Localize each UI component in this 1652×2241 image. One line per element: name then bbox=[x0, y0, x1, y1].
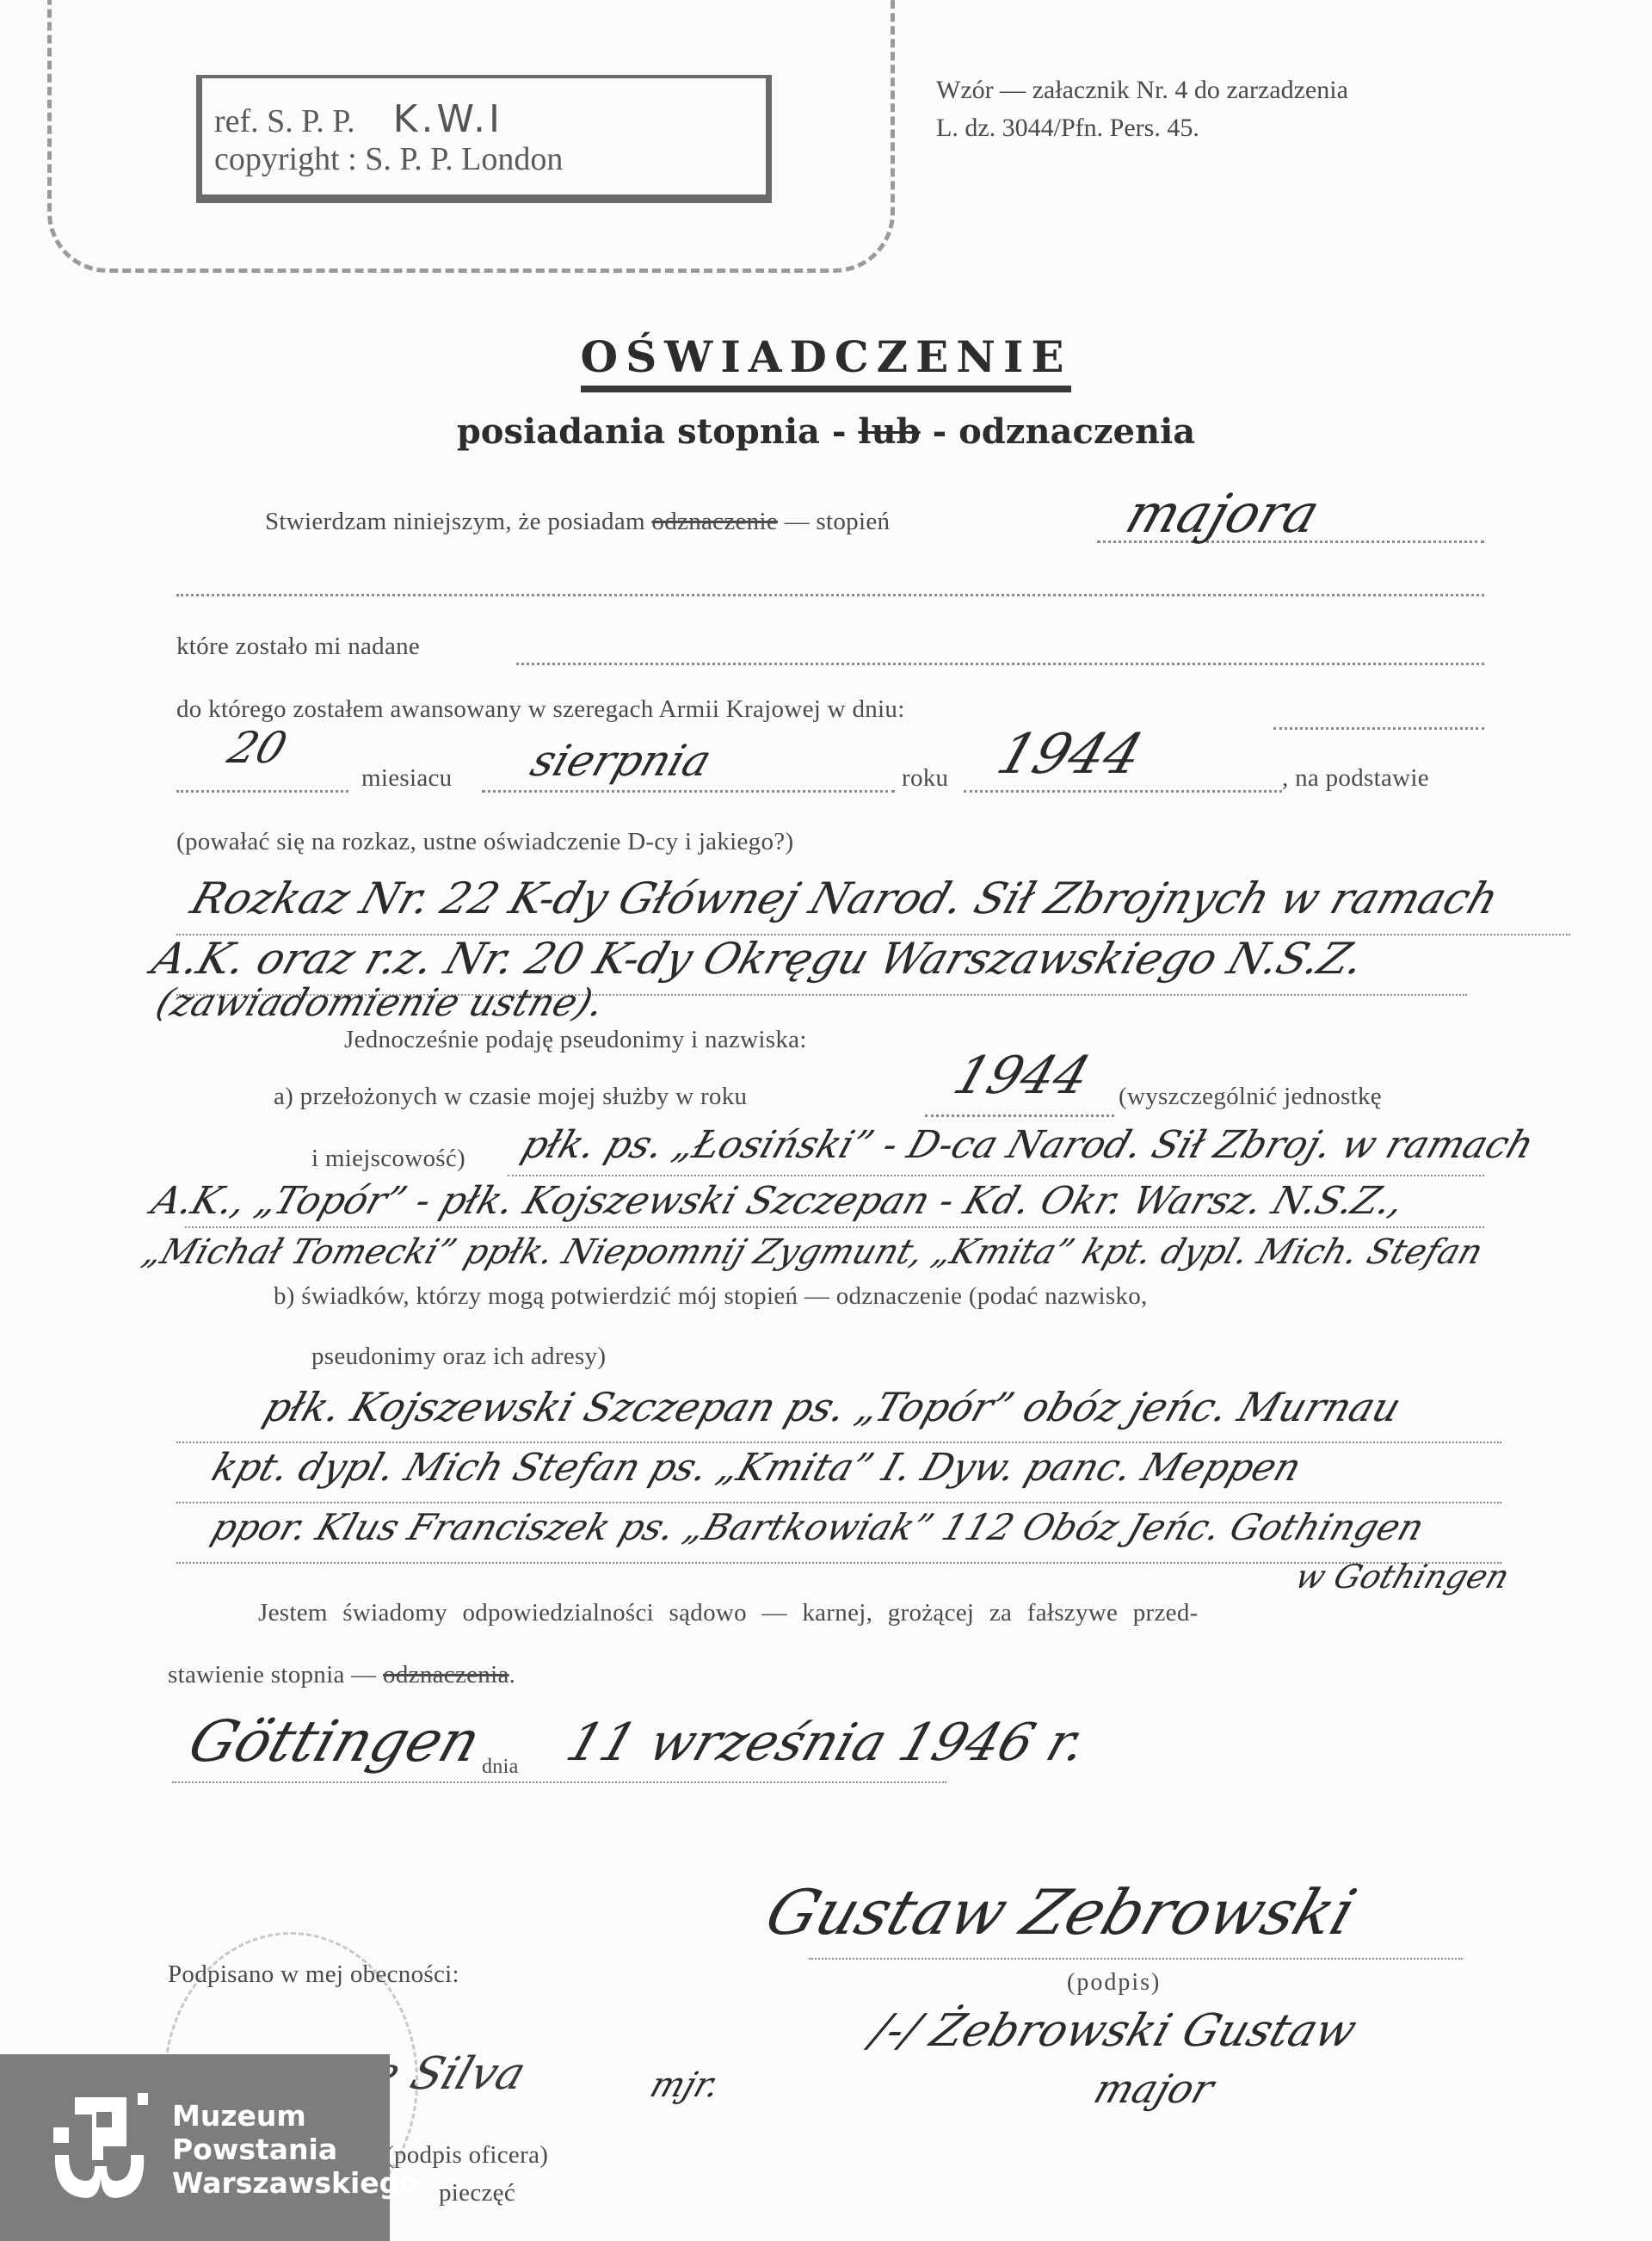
stamp-copyright: copyright : S. P. P. London bbox=[214, 140, 563, 178]
rank-handwritten: majora bbox=[1119, 482, 1328, 545]
basis-hint: (powałać się na rozkaz, ustne oświadczen… bbox=[176, 828, 793, 856]
place-handwritten: Göttingen bbox=[181, 1708, 489, 1775]
awarded-field-line bbox=[516, 663, 1484, 665]
basis-handwritten-line1: Rozkaz Nr. 22 K-dy Głównej Narod. Sił Zb… bbox=[185, 874, 1505, 923]
archive-stamp: ref. S. P. P.K.W.I copyright : S. P. P. … bbox=[196, 75, 772, 203]
subtitle-struck: lub bbox=[858, 411, 920, 452]
form-reference-line1: Wzór — załacznik Nr. 4 do zarzadzenia bbox=[936, 76, 1348, 105]
museum-name-line2: Powstania bbox=[172, 2133, 419, 2166]
witness-label: Podpisano w mej obecności: bbox=[168, 1960, 459, 1989]
declaration-prefix: Stwierdzam niniejszym, że posiadam bbox=[265, 508, 651, 535]
date-handwritten: 11 września 1946 r. bbox=[559, 1713, 1094, 1773]
witnesses-handwritten-line2: kpt. dypl. Mich Stefan ps. „Kmita” I. Dy… bbox=[206, 1446, 1307, 1490]
year-handwritten: 1944 bbox=[989, 723, 1150, 787]
dotted-line bbox=[185, 1226, 1484, 1228]
dnia-label: dnia bbox=[482, 1756, 519, 1779]
basis-handwritten-line3: (zawiadomienie ustne). bbox=[151, 981, 610, 1025]
stamp-ref-label: ref. S. P. P. bbox=[214, 103, 355, 139]
basis-handwritten-line2: A.K. oraz r.z. Nr. 20 K-dy Okręgu Warsza… bbox=[146, 934, 1371, 984]
signature-handwritten: Gustaw Zebrowski bbox=[757, 1876, 1365, 1948]
awarded-label: które zostało mi nadane bbox=[176, 633, 420, 661]
museum-name: Muzeum Powstania Warszawskiego bbox=[172, 2099, 419, 2200]
dotted-line bbox=[508, 1175, 1484, 1176]
form-reference-line2: L. dz. 3044/Pfn. Pers. 45. bbox=[936, 114, 1199, 143]
promotion-field-line bbox=[1273, 727, 1484, 730]
superiors-year-line bbox=[925, 1114, 1114, 1117]
year-field-line bbox=[964, 790, 1282, 793]
liability-prefix: stawienie stopnia — bbox=[168, 1661, 383, 1688]
museum-name-line1: Muzeum bbox=[172, 2099, 419, 2133]
liability-line2: stawienie stopnia — odznaczenia. bbox=[168, 1661, 515, 1689]
witnesses-handwritten-line4: w Gothingen bbox=[1291, 1558, 1514, 1596]
museum-watermark: Muzeum Powstania Warszawskiego bbox=[0, 2054, 390, 2241]
superiors-handwritten-line3: „Michał Tomecki” ppłk. Niepomnij Zygmunt… bbox=[138, 1232, 1488, 1272]
museum-name-line3: Warszawskiego bbox=[172, 2166, 419, 2200]
subtitle-part1: posiadania stopnia - bbox=[457, 411, 859, 452]
witnesses-label: b) świadków, którzy mogą potwierdzić mój… bbox=[274, 1282, 1148, 1311]
seal-label: pieczęć bbox=[439, 2179, 515, 2207]
superiors-handwritten-line1: płk. ps. „Łosiński” - D-ca Narod. Sił Zb… bbox=[516, 1123, 1539, 1167]
declaration-line: Stwierdzam niniejszym, że posiadam odzna… bbox=[265, 508, 890, 536]
superiors-handwritten-line2: A.K., „Topór” - płk. Kojszewski Szczepan… bbox=[146, 1179, 1410, 1223]
dotted-line bbox=[176, 594, 1484, 596]
signer-name-handwritten: /-/ Żebrowski Gustaw bbox=[865, 2005, 1363, 2057]
signature-label: (podpis) bbox=[1067, 1969, 1161, 1997]
signer-rank-handwritten: major bbox=[1088, 2065, 1220, 2112]
witnesses-handwritten-line1: płk. Kojszewski Szczepan ps. „Topór” obó… bbox=[258, 1384, 1407, 1430]
promotion-label: do którego zostałem awansowany w szerega… bbox=[176, 695, 905, 724]
witnesses-label-line2: pseudonimy oraz ich adresy) bbox=[311, 1343, 606, 1371]
unit-location-label: i miejscowość) bbox=[311, 1145, 465, 1173]
declaration-struck: odznaczenie bbox=[651, 508, 778, 535]
dotted-line bbox=[176, 1442, 1501, 1443]
document-title: OŚWIADCZENIE bbox=[0, 331, 1652, 382]
superiors-year-handwritten: 1944 bbox=[946, 1046, 1097, 1106]
pseudonyms-intro: Jednocześnie podaję pseudonimy i nazwisk… bbox=[344, 1026, 807, 1054]
liability-struck: odznaczenia bbox=[383, 1661, 509, 1688]
superiors-label: a) przełożonych w czasie mojej służby w … bbox=[274, 1083, 747, 1111]
signature-field-line bbox=[809, 1958, 1463, 1960]
superiors-suffix: (wyszczególnić jednostkę bbox=[1119, 1083, 1382, 1111]
basis-label: , na podstawie bbox=[1282, 764, 1429, 793]
liability-line1: Jestem świadomy odpowiedzialności sądowo… bbox=[258, 1599, 1199, 1627]
liability-suffix: . bbox=[509, 1661, 516, 1688]
kotwica-anchor-icon bbox=[53, 2093, 148, 2201]
document-subtitle: posiadania stopnia - lub - odznaczenia bbox=[0, 411, 1652, 452]
date-field-line bbox=[172, 1781, 946, 1783]
declaration-suffix: — stopień bbox=[778, 508, 890, 535]
month-label: miesiacu bbox=[361, 764, 452, 793]
day-handwritten: 20 bbox=[222, 723, 293, 773]
dotted-line bbox=[176, 1502, 1501, 1503]
year-label: roku bbox=[902, 764, 948, 793]
stamp-ref-handwritten: K.W.I bbox=[393, 97, 503, 141]
title-text: OŚWIADCZENIE bbox=[581, 331, 1072, 392]
officer-rank-handwritten: mjr. bbox=[645, 2065, 725, 2105]
day-field-line bbox=[176, 790, 348, 793]
subtitle-part2: - odznaczenia bbox=[921, 411, 1196, 452]
month-handwritten: sierpnia bbox=[525, 736, 718, 786]
witnesses-handwritten-line3: ppor. Klus Franciszek ps. „Bartkowiak” 1… bbox=[206, 1506, 1429, 1548]
month-field-line bbox=[482, 790, 895, 793]
